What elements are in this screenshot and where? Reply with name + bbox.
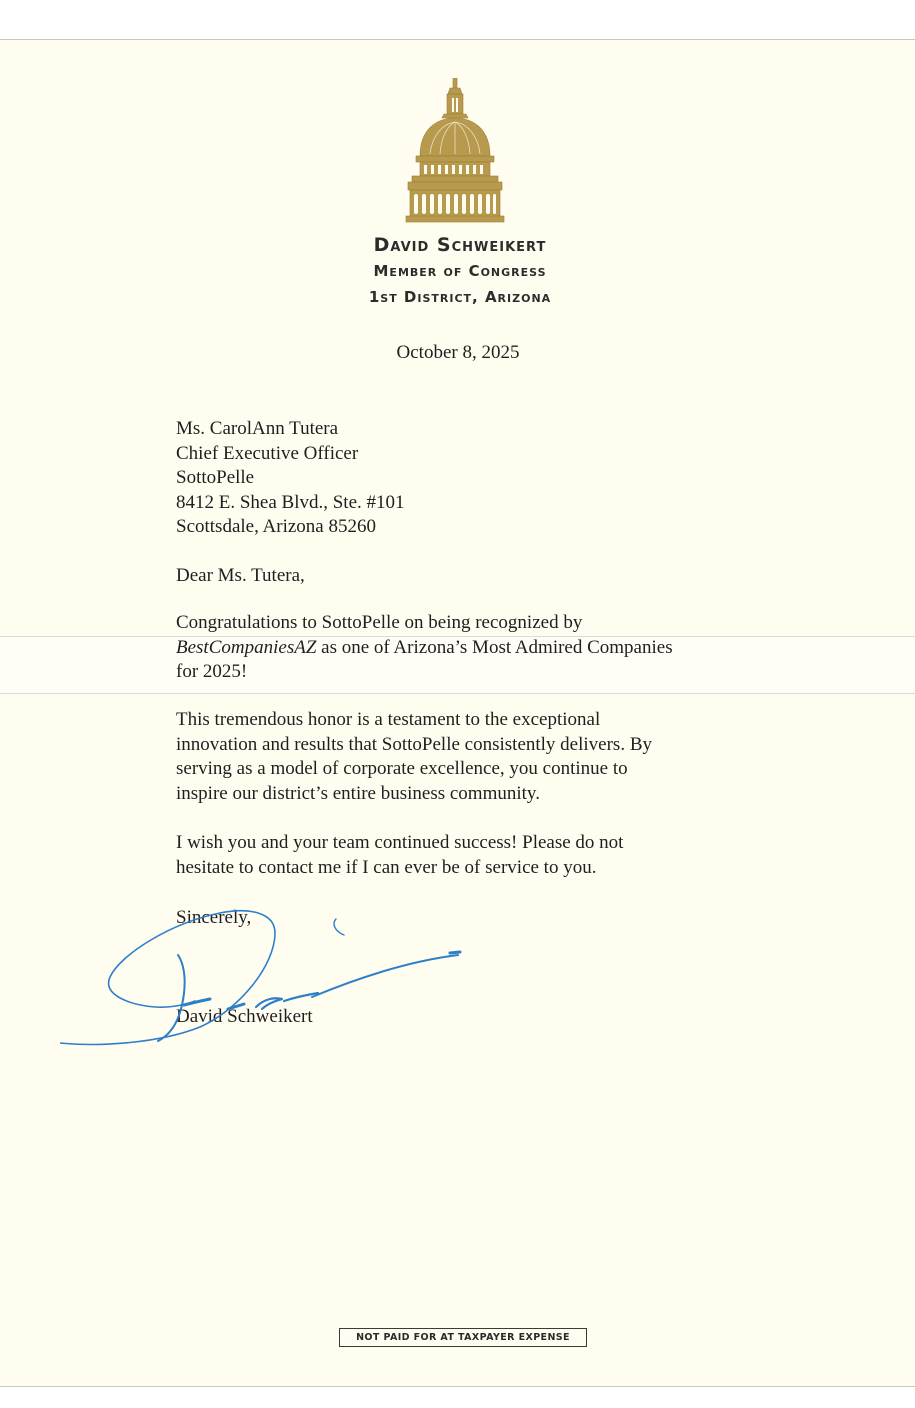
salutation: Dear Ms. Tutera, xyxy=(176,564,776,589)
recipient-city: Scottsdale, Arizona 85260 xyxy=(176,515,776,540)
paragraph-line: hesitate to contact me if I can ever be … xyxy=(176,856,776,881)
letter-date: October 8, 2025 xyxy=(300,342,616,364)
recipient-address: Ms. CarolAnn Tutera Chief Executive Offi… xyxy=(176,417,776,540)
paragraph-line: I wish you and your team continued succe… xyxy=(176,831,776,856)
capitol-dome-icon xyxy=(400,78,510,223)
recipient-street: 8412 E. Shea Blvd., Ste. #101 xyxy=(176,491,776,516)
paragraph-congratulations: Congratulations to SottoPelle on being r… xyxy=(176,611,776,685)
publication-name: BestCompaniesAZ xyxy=(176,637,316,658)
recipient-company: SottoPelle xyxy=(176,466,776,491)
letterhead-role: Member of Congress xyxy=(300,262,620,280)
paragraph-honor: This tremendous honor is a testament to … xyxy=(176,708,776,806)
letterhead-district: 1st District, Arizona xyxy=(300,288,620,306)
paragraph-line: BestCompaniesAZ as one of Arizona’s Most… xyxy=(176,636,776,661)
paragraph-line: innovation and results that SottoPelle c… xyxy=(176,733,776,758)
recipient-title: Chief Executive Officer xyxy=(176,442,776,467)
paragraph-line-rest: as one of Arizona’s Most Admired Compani… xyxy=(316,637,672,658)
disclaimer-box: NOT PAID FOR AT TAXPAYER EXPENSE xyxy=(339,1328,587,1347)
paragraph-line: for 2025! xyxy=(176,660,776,685)
paragraph-line: This tremendous honor is a testament to … xyxy=(176,708,776,733)
recipient-name: Ms. CarolAnn Tutera xyxy=(176,417,776,442)
signature-icon xyxy=(60,905,470,1055)
paragraph-line: inspire our district’s entire business c… xyxy=(176,782,776,807)
paragraph-wishes: I wish you and your team continued succe… xyxy=(176,831,776,880)
fold-line xyxy=(0,693,915,694)
paragraph-line: serving as a model of corporate excellen… xyxy=(176,757,776,782)
paragraph-line: Congratulations to SottoPelle on being r… xyxy=(176,611,776,636)
letterhead-name: David Schweikert xyxy=(300,234,620,256)
